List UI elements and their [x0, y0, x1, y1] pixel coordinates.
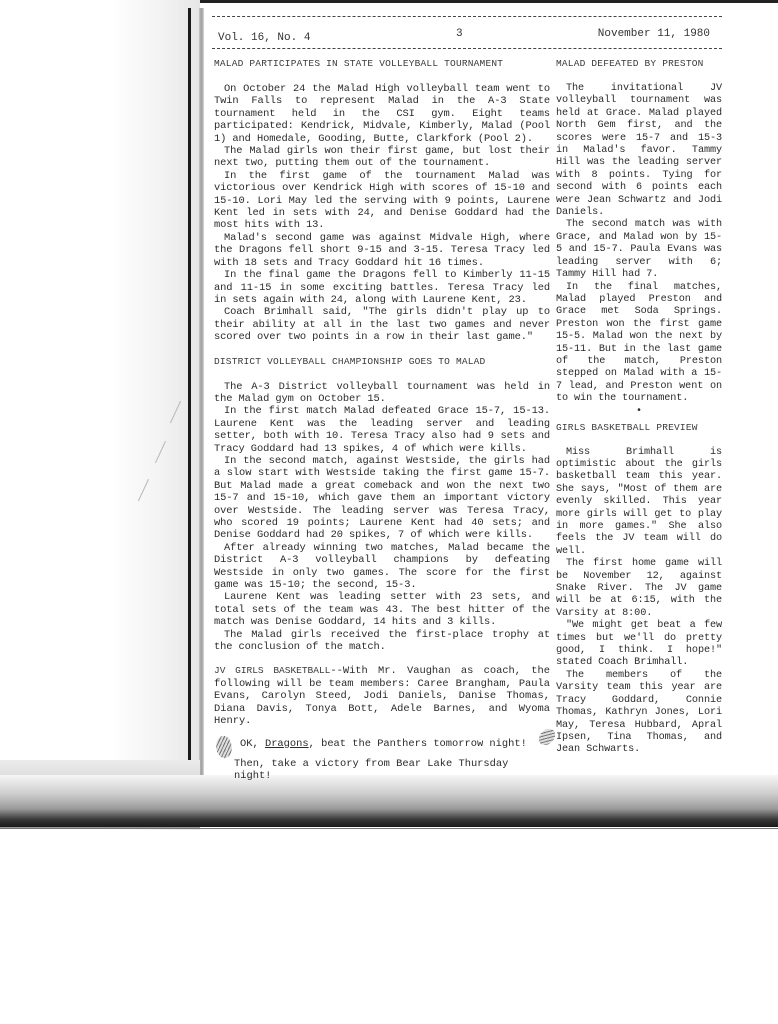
paragraph: The first home game will be November 12,… [556, 558, 722, 620]
scan-bottom-edge [0, 828, 778, 829]
headline: MALAD DEFEATED BY PRESTON [556, 58, 722, 69]
paragraph: The second match was with Grace, and Mal… [556, 219, 722, 281]
paragraph: After already winning two matches, Malad… [214, 542, 550, 592]
paragraph: In the final matches, Malad played Prest… [556, 282, 722, 406]
volume-number: Vol. 16, No. 4 [218, 32, 310, 44]
paragraph: The A-3 District volleyball tournament w… [214, 381, 550, 406]
scan-margin-left [0, 0, 200, 830]
article-jv-defeated: MALAD DEFEATED BY PRESTON The invitation… [556, 58, 722, 406]
paragraph: In the first game of the tournament Mala… [214, 170, 550, 232]
cheer-line-2: Then, take a victory from Bear Lake Thur… [214, 758, 550, 783]
jv-note-heading: JV GIRLS BASKETBALL [214, 665, 330, 676]
headline: GIRLS BASKETBALL PREVIEW [556, 422, 722, 433]
paragraph: On October 24 the Malad High volleyball … [214, 83, 550, 145]
top-dashed-rule [212, 16, 722, 17]
paragraph: Miss Brimhall is optimistic about the gi… [556, 447, 722, 559]
paragraph: The Malad girls won their first game, bu… [214, 145, 550, 170]
headline: DISTRICT VOLLEYBALL CHAMPIONSHIP GOES TO… [214, 356, 550, 367]
newspaper-page: Vol. 16, No. 4 3 November 11, 1980 MALAD… [208, 10, 728, 770]
cheer-underlined-word: Dragons [265, 738, 309, 750]
masthead: Vol. 16, No. 4 3 November 11, 1980 [212, 32, 722, 49]
left-column: MALAD PARTICIPATES IN STATE VOLLEYBALL T… [214, 58, 550, 783]
paragraph: The Malad girls received the first-place… [214, 629, 550, 654]
cheer-line: OK, Dragons, beat the Panthers tomorrow … [214, 738, 550, 750]
paragraph: Malad's second game was against Midvale … [214, 232, 550, 269]
article-district-championship: DISTRICT VOLLEYBALL CHAMPIONSHIP GOES TO… [214, 356, 550, 654]
issue-date: November 11, 1980 [598, 28, 710, 40]
paragraph: The members of the Varsity team this yea… [556, 670, 722, 757]
feather-doodle-icon [536, 725, 557, 748]
paragraph: Coach Brimhall said, "The girls didn't p… [214, 306, 550, 343]
paragraph: The invitational JV volleyball tournamen… [556, 83, 722, 219]
binding-edge-shadow [199, 8, 204, 808]
page-number: 3 [456, 28, 463, 40]
paragraph: In the final game the Dragons fell to Ki… [214, 269, 550, 306]
jv-basketball-note: JV GIRLS BASKETBALL--With Mr. Vaughan as… [214, 665, 550, 727]
article-state-tournament: MALAD PARTICIPATES IN STATE VOLLEYBALL T… [214, 58, 550, 344]
article-basketball-preview: GIRLS BASKETBALL PREVIEW Miss Brimhall i… [556, 422, 722, 757]
cheer-text: , beat the Panthers tomorrow night! [309, 738, 527, 750]
right-column: MALAD DEFEATED BY PRESTON The invitation… [556, 58, 722, 757]
bullet-separator: • [556, 408, 722, 416]
cheer-text: OK, [240, 738, 265, 750]
headline: MALAD PARTICIPATES IN STATE VOLLEYBALL T… [214, 58, 550, 69]
paragraph: In the first match Malad defeated Grace … [214, 405, 550, 455]
scan-shadow-bottom [0, 775, 778, 827]
paragraph: Laurene Kent was leading setter with 23 … [214, 591, 550, 628]
feather-doodle-icon [213, 733, 236, 759]
paragraph: In the second match, against Westside, t… [214, 455, 550, 542]
paragraph: "We might get beat a few times but we'll… [556, 620, 722, 670]
binding-edge-dark [188, 8, 191, 808]
